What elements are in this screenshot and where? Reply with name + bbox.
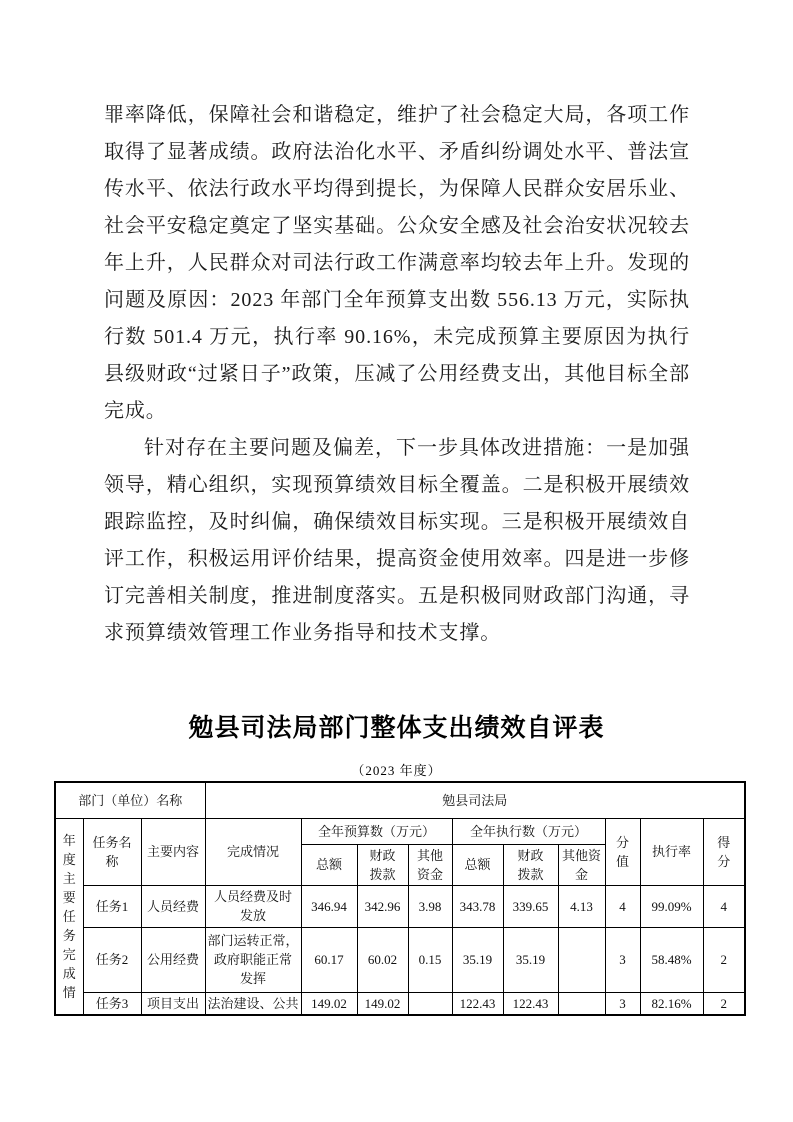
task-row-1: 任务1 人员经费 人员经费及时 发放 346.94 342.96 3.98 34… <box>55 885 745 927</box>
body-text: 罪率降低，保障社会和谐稳定，维护了社会稳定大局，各项工作取得了显著成绩。政府法治… <box>104 97 690 652</box>
cell-main-content: 项目支出 <box>141 992 205 1015</box>
col-header-score: 得 分 <box>703 818 745 885</box>
table-subtitle: （2023 年度） <box>0 760 793 779</box>
cell-execution-rate: 58.48% <box>640 927 703 992</box>
cell-budget-total: 60.17 <box>301 927 357 992</box>
cell-completion: 部门运转正常， 政府职能正常 发挥 <box>205 927 301 992</box>
cell-exec-total: 343.78 <box>452 885 503 927</box>
cell-budget-total: 149.02 <box>301 992 357 1015</box>
cell-exec-other <box>558 927 605 992</box>
cell-task-label: 任务3 <box>83 992 141 1015</box>
col-header-task-name: 任务名 称 <box>83 818 141 885</box>
cell-score: 4 <box>703 885 745 927</box>
col-header-budget-total: 总额 <box>301 844 357 885</box>
cell-exec-total: 122.43 <box>452 992 503 1015</box>
header-group-row: 年 度 主 要 任 务 完 成 情 任务名 称 主要内容 完成情况 全年预算数（… <box>55 818 745 844</box>
col-header-points: 分 值 <box>605 818 640 885</box>
cell-completion: 人员经费及时 发放 <box>205 885 301 927</box>
cell-main-content: 人员经费 <box>141 885 205 927</box>
dept-row: 部门（单位）名称 勉县司法局 <box>55 782 745 818</box>
paragraph-problems-and-causes: 罪率降低，保障社会和谐稳定，维护了社会稳定大局，各项工作取得了显著成绩。政府法治… <box>104 97 690 430</box>
cell-task-label: 任务1 <box>83 885 141 927</box>
dept-name-label: 部门（单位）名称 <box>55 782 205 818</box>
cell-budget-fiscal: 342.96 <box>357 885 408 927</box>
task-row-3: 任务3 项目支出 法治建设、公共 149.02 149.02 122.43 12… <box>55 992 745 1015</box>
col-header-main-content: 主要内容 <box>141 818 205 885</box>
cell-exec-other: 4.13 <box>558 885 605 927</box>
col-header-exec-total: 总额 <box>452 844 503 885</box>
cell-execution-rate: 99.09% <box>640 885 703 927</box>
cell-score: 2 <box>703 992 745 1015</box>
cell-score: 2 <box>703 927 745 992</box>
cell-exec-fiscal: 122.43 <box>503 992 558 1015</box>
cell-points: 4 <box>605 885 640 927</box>
col-header-exec-other: 其他资 金 <box>558 844 605 885</box>
cell-budget-total: 346.94 <box>301 885 357 927</box>
cell-completion: 法治建设、公共 <box>205 992 301 1015</box>
col-header-budget-group: 全年预算数（万元） <box>301 818 452 844</box>
col-header-budget-other: 其他 资金 <box>408 844 452 885</box>
cell-main-content: 公用经费 <box>141 927 205 992</box>
self-evaluation-table: 部门（单位）名称 勉县司法局 年 度 主 要 任 务 完 成 情 任务名 称 主… <box>54 781 746 1016</box>
cell-exec-fiscal: 35.19 <box>503 927 558 992</box>
cell-budget-fiscal: 60.02 <box>357 927 408 992</box>
cell-exec-total: 35.19 <box>452 927 503 992</box>
document-page: 罪率降低，保障社会和谐稳定，维护了社会稳定大局，各项工作取得了显著成绩。政府法治… <box>0 0 793 1122</box>
paragraph-improvement-measures: 针对存在主要问题及偏差，下一步具体改进措施：一是加强领导，精心组织，实现预算绩效… <box>104 430 690 652</box>
cell-budget-other: 3.98 <box>408 885 452 927</box>
annual-tasks-vertical-label: 年 度 主 要 任 务 完 成 情 <box>55 818 83 1015</box>
cell-points: 3 <box>605 927 640 992</box>
cell-execution-rate: 82.16% <box>640 992 703 1015</box>
col-header-execution-group: 全年执行数（万元） <box>452 818 605 844</box>
cell-budget-other: 0.15 <box>408 927 452 992</box>
table-title: 勉县司法局部门整体支出绩效自评表 <box>0 711 793 747</box>
cell-budget-fiscal: 149.02 <box>357 992 408 1015</box>
dept-name-value: 勉县司法局 <box>205 782 745 818</box>
cell-exec-fiscal: 339.65 <box>503 885 558 927</box>
cell-exec-other <box>558 992 605 1015</box>
col-header-budget-fiscal: 财政 拨款 <box>357 844 408 885</box>
cell-points: 3 <box>605 992 640 1015</box>
col-header-execution-rate: 执行率 <box>640 818 703 885</box>
col-header-exec-fiscal: 财政 拨款 <box>503 844 558 885</box>
task-row-2: 任务2 公用经费 部门运转正常， 政府职能正常 发挥 60.17 60.02 0… <box>55 927 745 992</box>
cell-budget-other <box>408 992 452 1015</box>
cell-task-label: 任务2 <box>83 927 141 992</box>
table-title-block: 勉县司法局部门整体支出绩效自评表 （2023 年度） <box>0 711 793 779</box>
col-header-completion: 完成情况 <box>205 818 301 885</box>
